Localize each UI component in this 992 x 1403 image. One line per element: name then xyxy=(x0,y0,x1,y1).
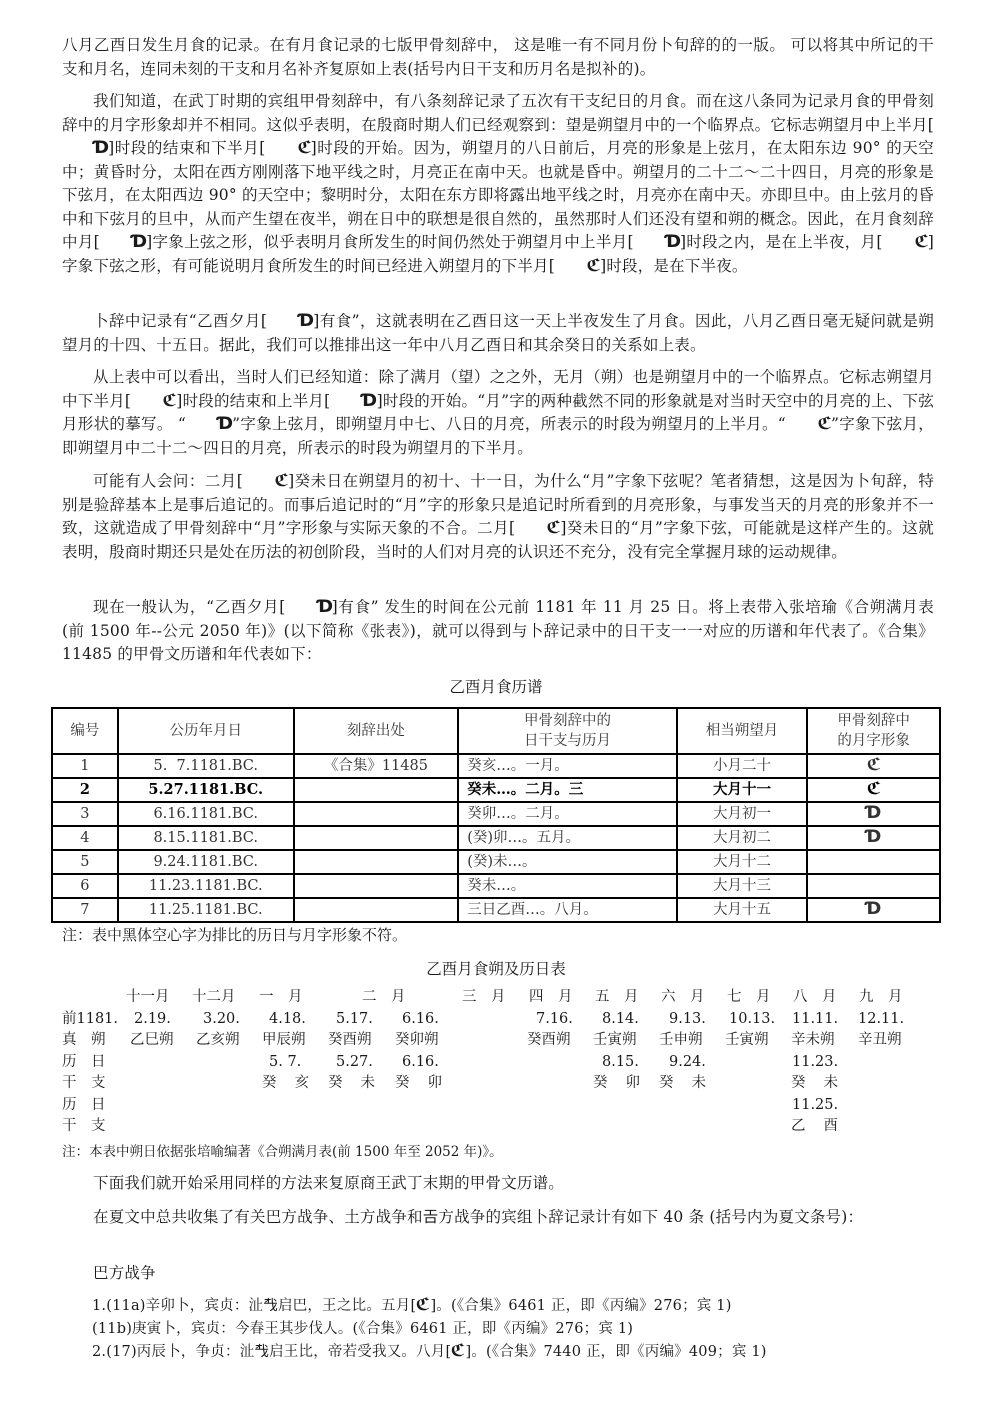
cell-moon-shape xyxy=(807,874,940,898)
month-header: 十一月 xyxy=(126,987,170,1009)
text-run: ]时段的结束和上半月[ xyxy=(176,392,330,410)
cell-source xyxy=(294,778,459,802)
shuo-cell: 壬申朔 xyxy=(659,1030,703,1052)
paragraph-2: 我们知道，在武丁时期的宾组甲骨刻辞中，有八条刻辞记录了五次有干支纪日的月食。而在… xyxy=(62,90,934,278)
cell-moon-shape: Ɗ xyxy=(807,898,940,922)
date-cell: 8.15. xyxy=(602,1052,639,1074)
cell-number: 1 xyxy=(52,754,118,778)
waning-moon-glyph-icon: ℭ xyxy=(554,258,601,275)
cell-ganzhi: (癸)卯…。五月。 xyxy=(458,826,676,850)
shuo-cell: 乙巳朔 xyxy=(130,1030,174,1052)
paragraph-1: 八月乙酉日发生月食的记录。在有月食记录的七版甲骨刻辞中， 这是唯一有不同月份卜旬… xyxy=(62,34,934,81)
table-row: 3 6.16.1181.BC. 癸卯…。二月。 大月初一 Ɗ xyxy=(52,802,940,826)
date-cell: 11.23. xyxy=(792,1052,838,1074)
cell-synodic: 大月十五 xyxy=(677,898,808,922)
text-run: 2.(17)丙辰卜，争贞：沚𢦔启王比，帝若受我又。八月[ xyxy=(92,1344,451,1360)
date-cell: 3.20. xyxy=(203,1009,240,1031)
cell-number: 5 xyxy=(52,850,118,874)
text-run: ]。(《合集》6461 正，即《丙编》276；宾 1) xyxy=(430,1298,731,1314)
shuo-cell: 辛丑朔 xyxy=(858,1030,902,1052)
li-ri-row-1: 历 日 5. 7. 5.27. 6.16. 8.15. 9.24. 11.23. xyxy=(62,1052,922,1074)
cell-source xyxy=(294,898,459,922)
table-row: 1 5. 7.1181.BC. 《合集》11485 癸亥…。一月。 小月二十 ℭ xyxy=(52,754,940,778)
cell-source xyxy=(294,850,459,874)
month-header: 三 月 xyxy=(462,987,506,1009)
inscription-item: (11b)庚寅卜，宾贞：今春王其步伐人。(《合集》6461 正，即《丙编》276… xyxy=(92,1318,942,1341)
waning-moon-glyph-icon: ℭ xyxy=(881,234,928,251)
li-ri-row-2: 历 日 11.25. xyxy=(62,1095,922,1117)
date-cell: 7.16. xyxy=(536,1009,573,1031)
cell-source xyxy=(294,826,459,850)
table-row: 4 8.15.1181.BC. (癸)卯…。五月。 大月初二 Ɗ xyxy=(52,826,940,850)
waxing-moon-glyph-icon: Ɗ xyxy=(866,901,882,918)
waxing-moon-glyph-icon: Ɗ xyxy=(61,140,109,157)
table2-note: 注：本表中朔日依据张培喻编著《合朔满月表(前 1500 年至 2052 年)》。 xyxy=(62,1141,503,1163)
waning-moon-glyph-icon: ℭ xyxy=(451,1343,466,1360)
true-shuo-row: 真 朔 乙巳朔 乙亥朔 甲辰朔 癸酉朔 癸卯朔 癸酉朔 壬寅朔 壬申朔 壬寅朔 … xyxy=(62,1030,922,1052)
inscription-item: 2.(17)丙辰卜，争贞：沚𢦔启王比，帝若受我又。八月[ℭ]。(《合集》7440… xyxy=(92,1341,942,1364)
cell-synodic: 大月初二 xyxy=(677,826,808,850)
paragraph-6: 现在一般认为，“乙酉夕月[Ɗ]有食” 发生的时间在公元前 1181 年 11 月… xyxy=(62,596,934,667)
ganzhi-cell: 癸未 xyxy=(791,1073,856,1095)
waxing-moon-glyph-icon: Ɗ xyxy=(99,234,147,251)
date-cell: 9.24. xyxy=(669,1052,706,1074)
row-label: 真 朔 xyxy=(62,1030,106,1052)
header-synodic-month: 相当朔望月 xyxy=(677,708,808,754)
waning-moon-glyph-icon: ℭ xyxy=(514,520,561,537)
waxing-moon-glyph-icon: Ɗ xyxy=(866,829,882,846)
header-line: 甲骨刻辞中的 xyxy=(524,713,611,729)
waxing-moon-glyph-icon: Ɗ xyxy=(329,393,377,410)
row-label: 历 日 xyxy=(62,1052,106,1074)
table-row: 6 11.23.1181.BC. 癸未…。 大月十三 xyxy=(52,874,940,898)
waning-moon-glyph-icon: ℭ xyxy=(242,473,289,490)
cell-date: 11.25.1181.BC. xyxy=(118,898,294,922)
cell-moon-shape: ℭ xyxy=(807,778,940,802)
header-line: 甲骨刻辞中 xyxy=(837,713,910,729)
text-run: 我们知道，在武丁时期的宾组甲骨刻辞中，有八条刻辞记录了五次有干支纪日的月食。而在… xyxy=(62,92,934,134)
cell-number: 6 xyxy=(52,874,118,898)
text-run: ]时段，是在下半夜。 xyxy=(600,257,748,275)
table2-caption: 乙酉月食朔及历日表 xyxy=(0,958,992,980)
waxing-moon-glyph-icon: Ɗ xyxy=(266,313,314,330)
cell-number: 3 xyxy=(52,802,118,826)
cell-date: 5. 7.1181.BC. xyxy=(118,754,294,778)
cell-date: 8.15.1181.BC. xyxy=(118,826,294,850)
date-cell: 5. 7. xyxy=(269,1052,301,1074)
paragraph-8: 在夏文中总共收集了有关巴方战争、土方战争和𢀛方战争的宾组卜辞记录计有如下 40 … xyxy=(62,1206,934,1230)
year-row: 前1181. 2.19. 3.20. 4.18. 5.17. 6.16. 7.1… xyxy=(62,1009,922,1031)
cell-number: 4 xyxy=(52,826,118,850)
cell-source xyxy=(294,874,459,898)
cell-moon-shape: ℭ xyxy=(807,754,940,778)
cell-ganzhi: (癸)未…。 xyxy=(458,850,676,874)
gan-zhi-row-1: 干 支 癸亥 癸未 癸卯 癸卯 癸未 癸未 xyxy=(62,1073,922,1095)
waxing-moon-glyph-icon: Ɗ xyxy=(633,234,681,251)
ganzhi-cell: 癸未 xyxy=(659,1073,724,1095)
cell-source: 《合集》11485 xyxy=(294,754,459,778)
table-row: 7 11.25.1181.BC. 三日乙酉…。八月。 大月十五 Ɗ xyxy=(52,898,940,922)
header-inscription-source: 刻辞出处 xyxy=(294,708,459,754)
cell-synodic: 大月十三 xyxy=(677,874,808,898)
shuo-cell: 乙亥朔 xyxy=(196,1030,240,1052)
date-cell: 6.16. xyxy=(402,1052,439,1074)
cell-ganzhi: 三日乙酉…。八月。 xyxy=(458,898,676,922)
table-row: 2 5.27.1181.BC. 癸未…。二月。三 大月十一 ℭ xyxy=(52,778,940,802)
cell-number: 7 xyxy=(52,898,118,922)
waxing-moon-glyph-icon: Ɗ xyxy=(866,805,882,822)
waning-moon-glyph-icon: ℭ xyxy=(416,1297,431,1314)
cell-ganzhi: 癸亥…。一月。 xyxy=(458,754,676,778)
waning-moon-glyph-icon: ℭ xyxy=(866,757,881,774)
date-cell: 2.19. xyxy=(134,1009,171,1031)
shuo-cell: 辛未朔 xyxy=(791,1030,835,1052)
cell-date: 5.27.1181.BC. xyxy=(118,778,294,802)
shuo-cell: 癸酉朔 xyxy=(527,1030,571,1052)
cell-date: 11.23.1181.BC. xyxy=(118,874,294,898)
new-moon-calendar-table: 十一月 十二月 一 月 二 月 三 月 四 月 五 月 六 月 七 月 八 月 … xyxy=(62,987,922,1138)
cell-moon-shape xyxy=(807,850,940,874)
date-cell: 11.11. xyxy=(792,1009,838,1031)
ganzhi-cell: 癸亥 xyxy=(262,1073,327,1095)
date-cell: 5.27. xyxy=(336,1052,373,1074)
shuo-cell: 癸酉朔 xyxy=(328,1030,372,1052)
paragraph-7: 下面我们就开始采用同样的方法来复原商王武丁末期的甲骨文历谱。 xyxy=(62,1172,934,1196)
month-header: 八 月 xyxy=(793,987,837,1009)
shuo-cell: 壬寅朔 xyxy=(725,1030,769,1052)
month-header: 十二月 xyxy=(192,987,236,1009)
paragraph-5: 可能有人会问：二月[ℭ]癸未日在朔望月的初十、十一日，为什么“月”字象下弦呢？笔… xyxy=(62,470,934,564)
month-header: 六 月 xyxy=(661,987,705,1009)
date-cell: 11.25. xyxy=(792,1095,838,1117)
date-cell: 9.13. xyxy=(669,1009,706,1031)
date-cell: 5.17. xyxy=(336,1009,373,1031)
text-run: 可能有人会问：二月[ xyxy=(93,472,243,490)
waxing-moon-glyph-icon: Ɗ xyxy=(284,599,332,616)
table1-caption: 乙酉月食历谱 xyxy=(0,676,992,698)
cell-date: 9.24.1181.BC. xyxy=(118,850,294,874)
table-row: 5 9.24.1181.BC. (癸)未…。 大月十二 xyxy=(52,850,940,874)
text-run: ”字象上弦月，即朔望月中七、八日的月亮，所表示的时段为朔望月的上半月。“ xyxy=(232,415,786,433)
row-label: 前1181. xyxy=(62,1009,118,1031)
date-cell: 4.18. xyxy=(269,1009,306,1031)
table1-note: 注：表中黑体空心字为排比的历日与月字形象不符。 xyxy=(62,924,407,946)
cell-date: 6.16.1181.BC. xyxy=(118,802,294,826)
cell-source xyxy=(294,802,459,826)
cell-ganzhi: 癸未…。二月。三 xyxy=(458,778,676,802)
header-moon-shape: 甲骨刻辞中的月字形象 xyxy=(807,708,940,754)
text-run: ]时段的结束和下半月[ xyxy=(108,139,265,157)
month-header: 四 月 xyxy=(529,987,573,1009)
date-cell: 8.14. xyxy=(602,1009,639,1031)
cell-moon-shape: Ɗ xyxy=(807,826,940,850)
gan-zhi-row-2: 干 支 乙酉 xyxy=(62,1116,922,1138)
row-label: 干 支 xyxy=(62,1116,106,1138)
date-cell: 10.13. xyxy=(729,1009,775,1031)
shuo-cell: 甲辰朔 xyxy=(262,1030,306,1052)
header-line: 日干支与历月 xyxy=(524,733,611,749)
month-header: 七 月 xyxy=(727,987,771,1009)
cell-synodic: 小月二十 xyxy=(677,754,808,778)
cell-moon-shape: Ɗ xyxy=(807,802,940,826)
row-label: 历 日 xyxy=(62,1095,106,1117)
row-label: 干 支 xyxy=(62,1073,106,1095)
cell-ganzhi: 癸卯…。二月。 xyxy=(458,802,676,826)
inscription-list: 1.(11a)辛卯卜，宾贞：沚𢦔启巴，王𡆥之比。五月[ℭ]。(《合集》6461 … xyxy=(92,1295,942,1364)
inscription-item: 1.(11a)辛卯卜，宾贞：沚𢦔启巴，王𡆥之比。五月[ℭ]。(《合集》6461 … xyxy=(92,1295,942,1318)
text-run: 现在一般认为，“乙酉夕月[ xyxy=(93,598,286,616)
waning-moon-glyph-icon: ℭ xyxy=(866,781,881,798)
text-run: ]时段之内，是在上半夜，月[ xyxy=(680,233,883,251)
shuo-cell: 壬寅朔 xyxy=(593,1030,637,1052)
section-heading-bafang: 巴方战争 xyxy=(62,1262,934,1286)
text-run: ]字象上弦之形，似乎表明月食所发生的时间仍然处于朔望月中上半月[ xyxy=(146,233,634,251)
cell-ganzhi: 癸未…。 xyxy=(458,874,676,898)
cell-synodic: 大月十二 xyxy=(677,850,808,874)
waning-moon-glyph-icon: ℭ xyxy=(264,140,311,157)
ganzhi-cell: 乙酉 xyxy=(791,1116,856,1138)
date-cell: 12.11. xyxy=(858,1009,904,1031)
shuo-cell: 癸卯朔 xyxy=(395,1030,439,1052)
month-header: 五 月 xyxy=(595,987,639,1009)
document-page: 八月乙酉日发生月食的记录。在有月食记录的七版甲骨刻辞中， 这是唯一有不同月份卜旬… xyxy=(0,0,992,1403)
table-header-row: 编号 公历年月日 刻辞出处 甲骨刻辞中的日干支与历月 相当朔望月 甲骨刻辞中的月… xyxy=(52,708,940,754)
waning-moon-glyph-icon: ℭ xyxy=(130,393,177,410)
ganzhi-cell: 癸卯 xyxy=(593,1073,658,1095)
cell-synodic: 大月十一 xyxy=(677,778,808,802)
cell-number: 2 xyxy=(52,778,118,802)
text-run: 卜辞中记录有“乙酉夕月[ xyxy=(93,312,267,330)
paragraph-3: 卜辞中记录有“乙酉夕月[Ɗ]有食”，这就表明在乙酉日这一天上半夜发生了月食。因此… xyxy=(62,310,934,357)
month-header: 二 月 xyxy=(362,987,406,1009)
lunar-eclipse-calendar-table: 编号 公历年月日 刻辞出处 甲骨刻辞中的日干支与历月 相当朔望月 甲骨刻辞中的月… xyxy=(51,707,941,923)
text-run: ]。(《合集》7440 正，即《丙编》409；宾 1) xyxy=(465,1344,766,1360)
text-run: 1.(11a)辛卯卜，宾贞：沚𢦔启巴，王𡆥之比。五月[ xyxy=(92,1298,416,1314)
text-run: (11b)庚寅卜，宾贞：今春王其步伐人。(《合集》6461 正，即《丙编》276… xyxy=(92,1321,633,1337)
header-gregorian-date: 公历年月日 xyxy=(118,708,294,754)
header-number: 编号 xyxy=(52,708,118,754)
waning-moon-glyph-icon: ℭ xyxy=(785,416,832,433)
header-line: 的月字形象 xyxy=(837,733,910,749)
ganzhi-cell: 癸未 xyxy=(328,1073,393,1095)
ganzhi-cell: 癸卯 xyxy=(395,1073,460,1095)
date-cell: 6.16. xyxy=(402,1009,439,1031)
waxing-moon-glyph-icon: Ɗ xyxy=(185,416,233,433)
month-header: 九 月 xyxy=(859,987,903,1009)
month-header-row: 十一月 十二月 一 月 二 月 三 月 四 月 五 月 六 月 七 月 八 月 … xyxy=(62,987,922,1009)
month-header: 一 月 xyxy=(259,987,303,1009)
header-ganzhi-month: 甲骨刻辞中的日干支与历月 xyxy=(458,708,676,754)
cell-synodic: 大月初一 xyxy=(677,802,808,826)
paragraph-4: 从上表中可以看出，当时人们已经知道：除了满月（望）之之外，无月（朔）也是朔望月中… xyxy=(62,366,934,460)
